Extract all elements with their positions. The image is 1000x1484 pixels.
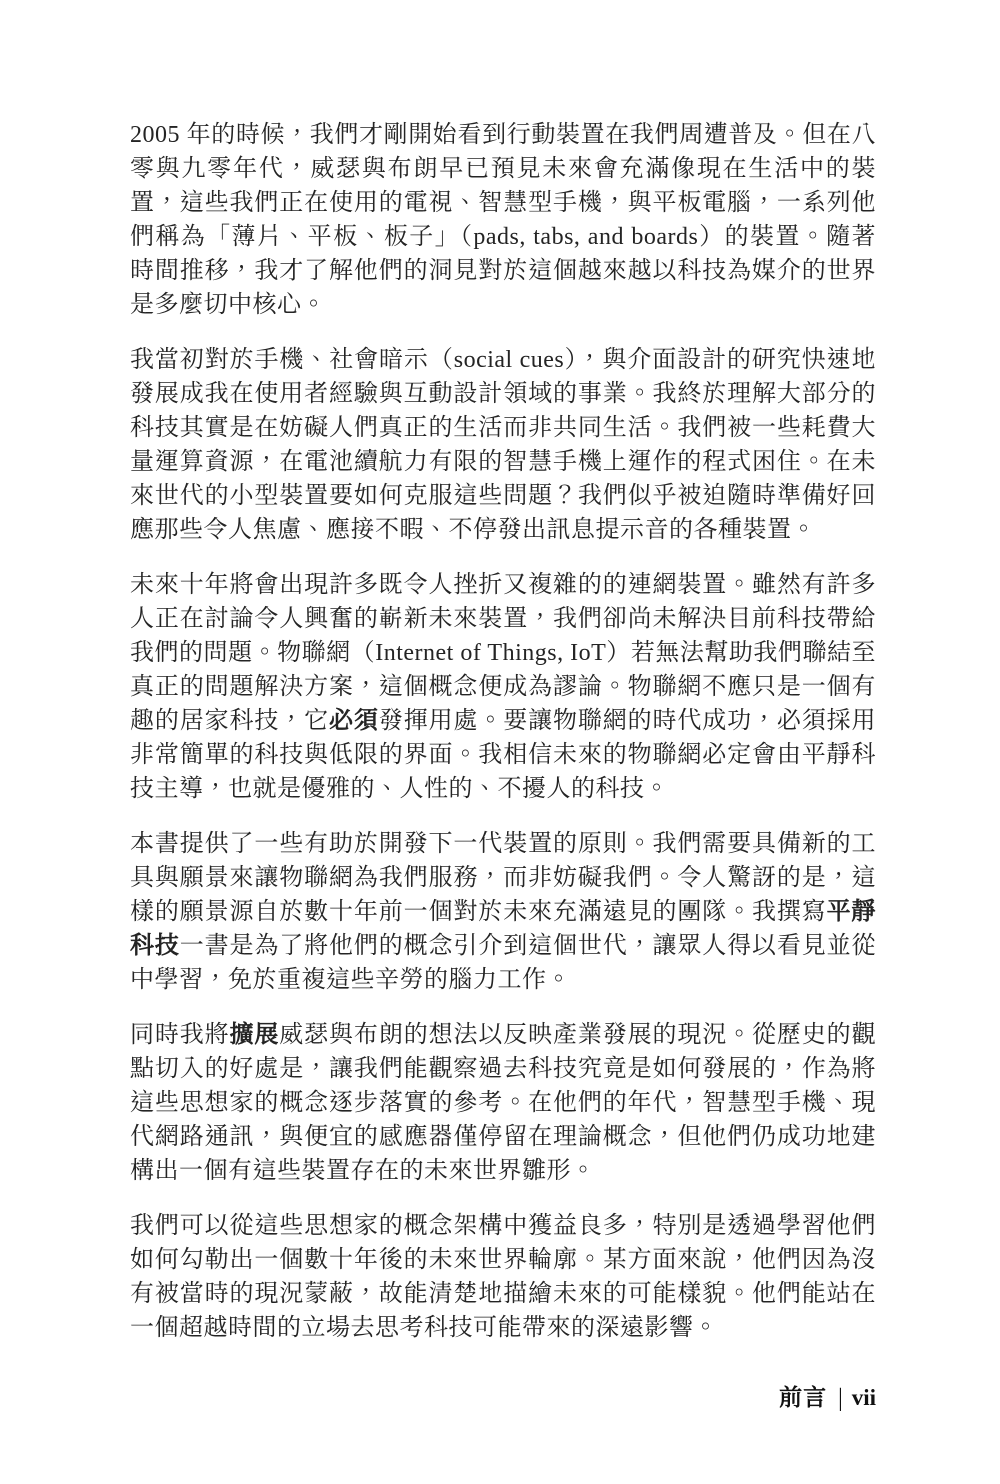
footer-page-number: vii xyxy=(852,1385,876,1410)
text-run: 同時我將 xyxy=(130,1022,230,1048)
preface-text: 2005 年的時候，我們才剛開始看到行動裝置在我們周遭普及。但在八零與九零年代，… xyxy=(130,118,876,1345)
text-run: 我們可以從這些思想家的概念架構中獲益良多，特別是透過學習他們如何勾勒出一個數十年… xyxy=(130,1213,876,1341)
text-run: 本書提供了一些有助於開發下一代裝置的原則。我們需要具備新的工具與願景來讓物聯網為… xyxy=(130,831,876,925)
emphasized-text: 必須 xyxy=(329,708,379,734)
text-run: 一書是為了將他們的概念引介到這個世代，讓眾人得以看見並從中學習，免於重複這些辛勞… xyxy=(130,933,876,993)
paragraph: 我們可以從這些思想家的概念架構中獲益良多，特別是透過學習他們如何勾勒出一個數十年… xyxy=(130,1209,876,1345)
paragraph: 本書提供了一些有助於開發下一代裝置的原則。我們需要具備新的工具與願景來讓物聯網為… xyxy=(130,827,876,997)
paragraph: 同時我將擴展威瑟與布朗的想法以反映產業發展的現況。從歷史的觀點切入的好處是，讓我… xyxy=(130,1018,876,1188)
text-run: 2005 年的時候，我們才剛開始看到行動裝置在我們周遭普及。但在八零與九零年代，… xyxy=(130,122,876,318)
paragraph: 我當初對於手機、社會暗示（social cues），與介面設計的研究快速地發展成… xyxy=(130,343,876,547)
text-run: 我當初對於手機、社會暗示（social cues），與介面設計的研究快速地發展成… xyxy=(130,347,876,543)
paragraph: 2005 年的時候，我們才剛開始看到行動裝置在我們周遭普及。但在八零與九零年代，… xyxy=(130,118,876,322)
emphasized-text: 擴展 xyxy=(230,1022,280,1048)
page-footer: 前言|vii xyxy=(779,1383,876,1412)
paragraph: 未來十年將會出現許多既令人挫折又複雜的的連網裝置。雖然有許多人正在討論令人興奮的… xyxy=(130,568,876,806)
book-page: 2005 年的時候，我們才剛開始看到行動裝置在我們周遭普及。但在八零與九零年代，… xyxy=(0,0,1000,1484)
footer-section-title: 前言 xyxy=(779,1384,827,1410)
footer-divider: | xyxy=(827,1383,852,1414)
